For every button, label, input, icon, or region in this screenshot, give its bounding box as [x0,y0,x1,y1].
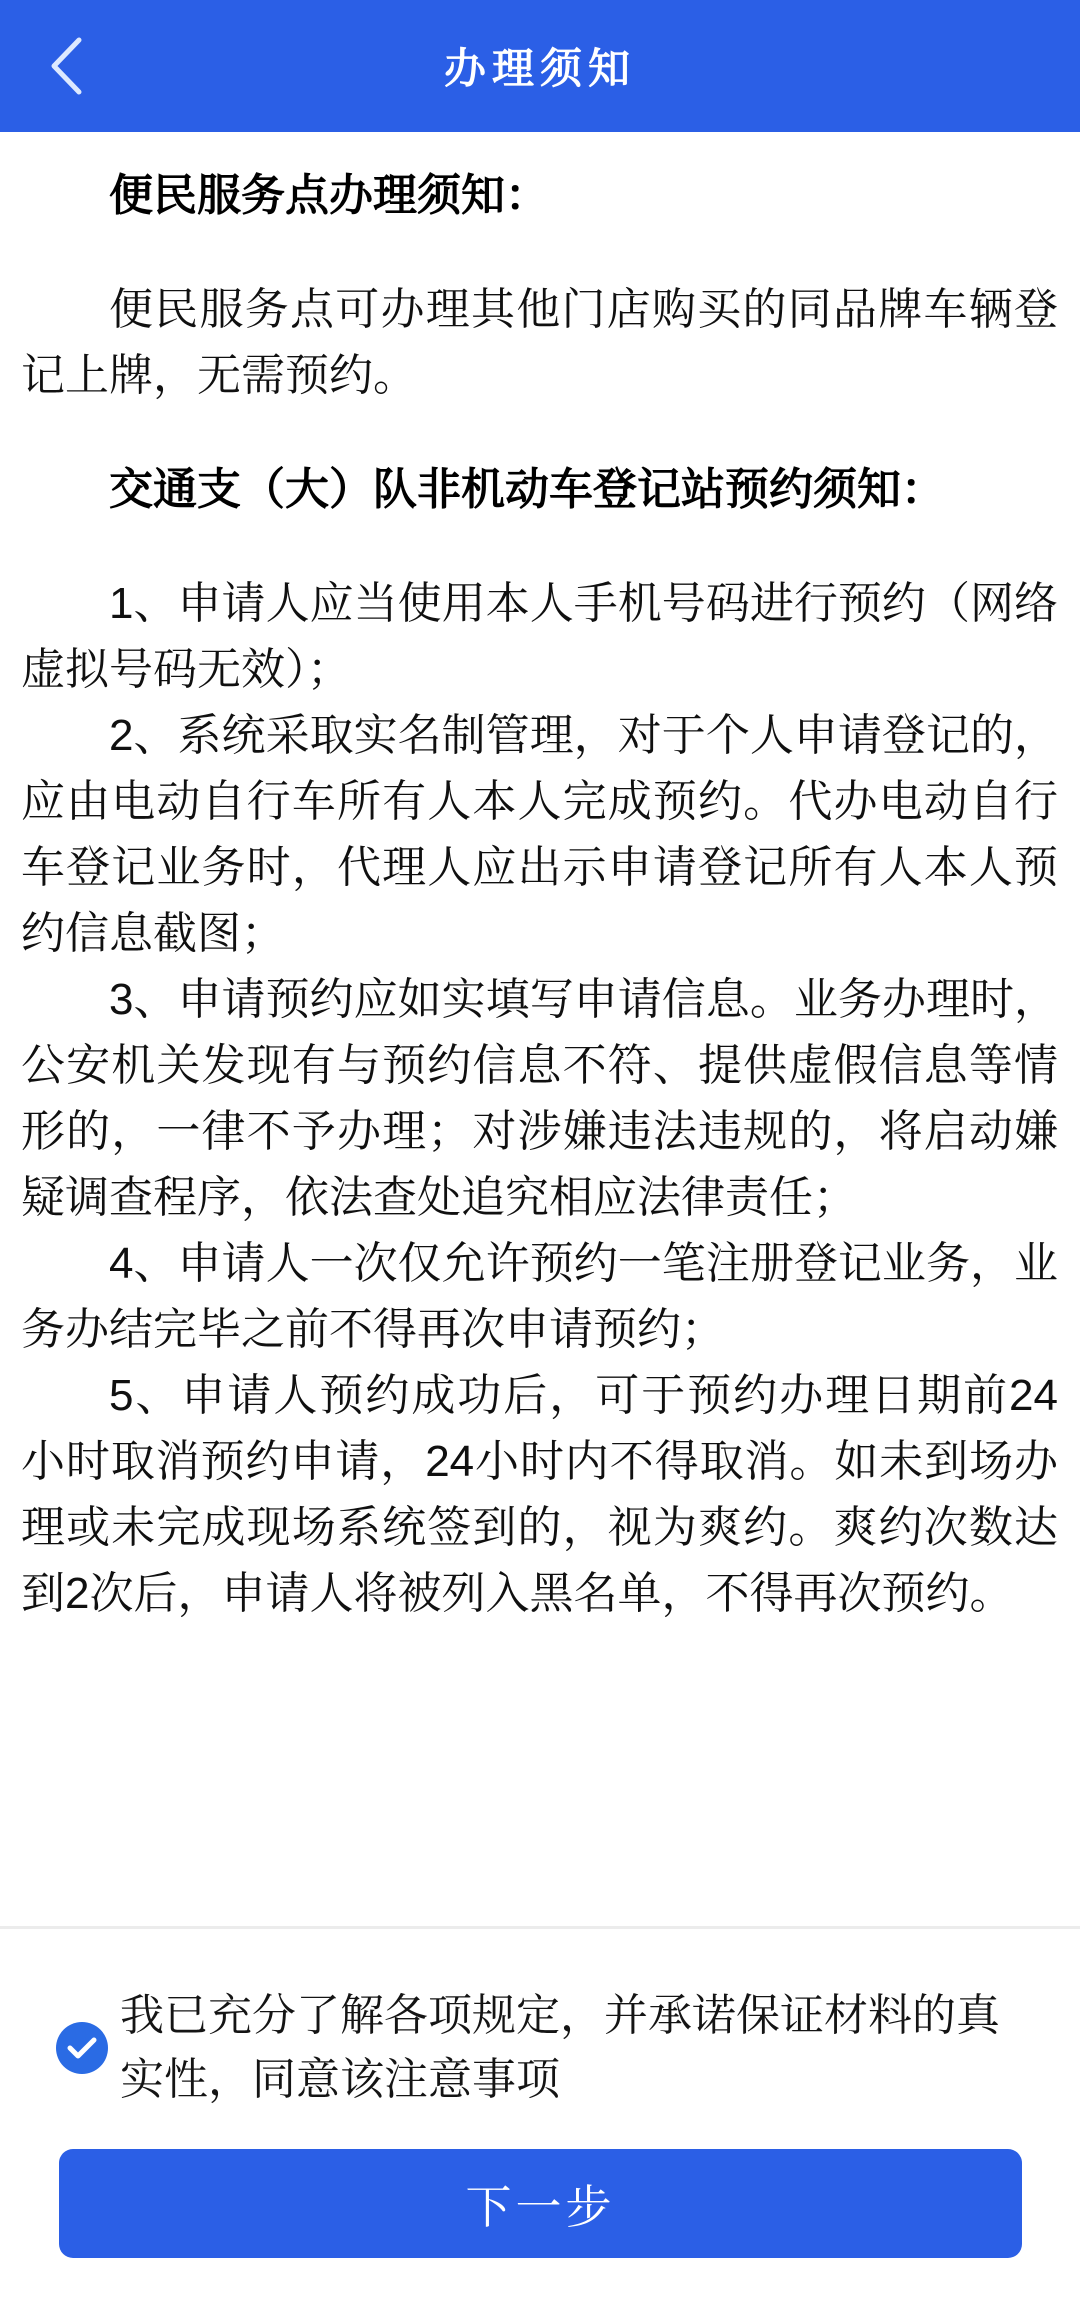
section1-paragraph: 便民服务点可办理其他门店购买的同品牌车辆登记上牌，无需预约。 [21,277,1058,409]
notice-item-1: 1、申请人应当使用本人手机号码进行预约（网络虚拟号码无效）； [21,571,1058,703]
notice-item-5: 5、申请人预约成功后，可于预约办理日期前24小时取消预约申请，24小时内不得取消… [21,1363,1058,1627]
checkmark-icon [67,2036,97,2060]
agreement-checkbox-checked[interactable] [56,2022,108,2074]
back-button[interactable] [40,34,92,98]
section1-title: 便民服务点办理须知： [21,163,1058,229]
navbar: 办理须知 [0,0,1080,132]
agreement-row[interactable]: 我已充分了解各项规定，并承诺保证材料的真实性，同意该注意事项 [0,1929,1080,2112]
notice-item-3: 3、申请预约应如实填写申请信息。业务办理时，公安机关发现有与预约信息不符、提供虚… [21,967,1058,1231]
notice-content: 便民服务点办理须知： 便民服务点可办理其他门店购买的同品牌车辆登记上牌，无需预约… [0,132,1080,1627]
section2-title: 交通支（大）队非机动车登记站预约须知： [21,457,1058,523]
notice-item-4: 4、申请人一次仅允许预约一笔注册登记业务，业务办结完毕之前不得再次申请预约； [21,1231,1058,1363]
footer-bar: 我已充分了解各项规定，并承诺保证材料的真实性，同意该注意事项 下一步 [0,1926,1080,2308]
notice-item-2: 2、系统采取实名制管理，对于个人申请登记的，应由电动自行车所有人本人完成预约。代… [21,703,1058,967]
chevron-left-icon [48,35,84,97]
page-title: 办理须知 [444,36,636,96]
notice-page: 办理须知 便民服务点办理须知： 便民服务点可办理其他门店购买的同品牌车辆登记上牌… [0,0,1080,2308]
agreement-label[interactable]: 我已充分了解各项规定，并承诺保证材料的真实性，同意该注意事项 [120,1984,1020,2112]
next-step-button[interactable]: 下一步 [59,2149,1022,2258]
